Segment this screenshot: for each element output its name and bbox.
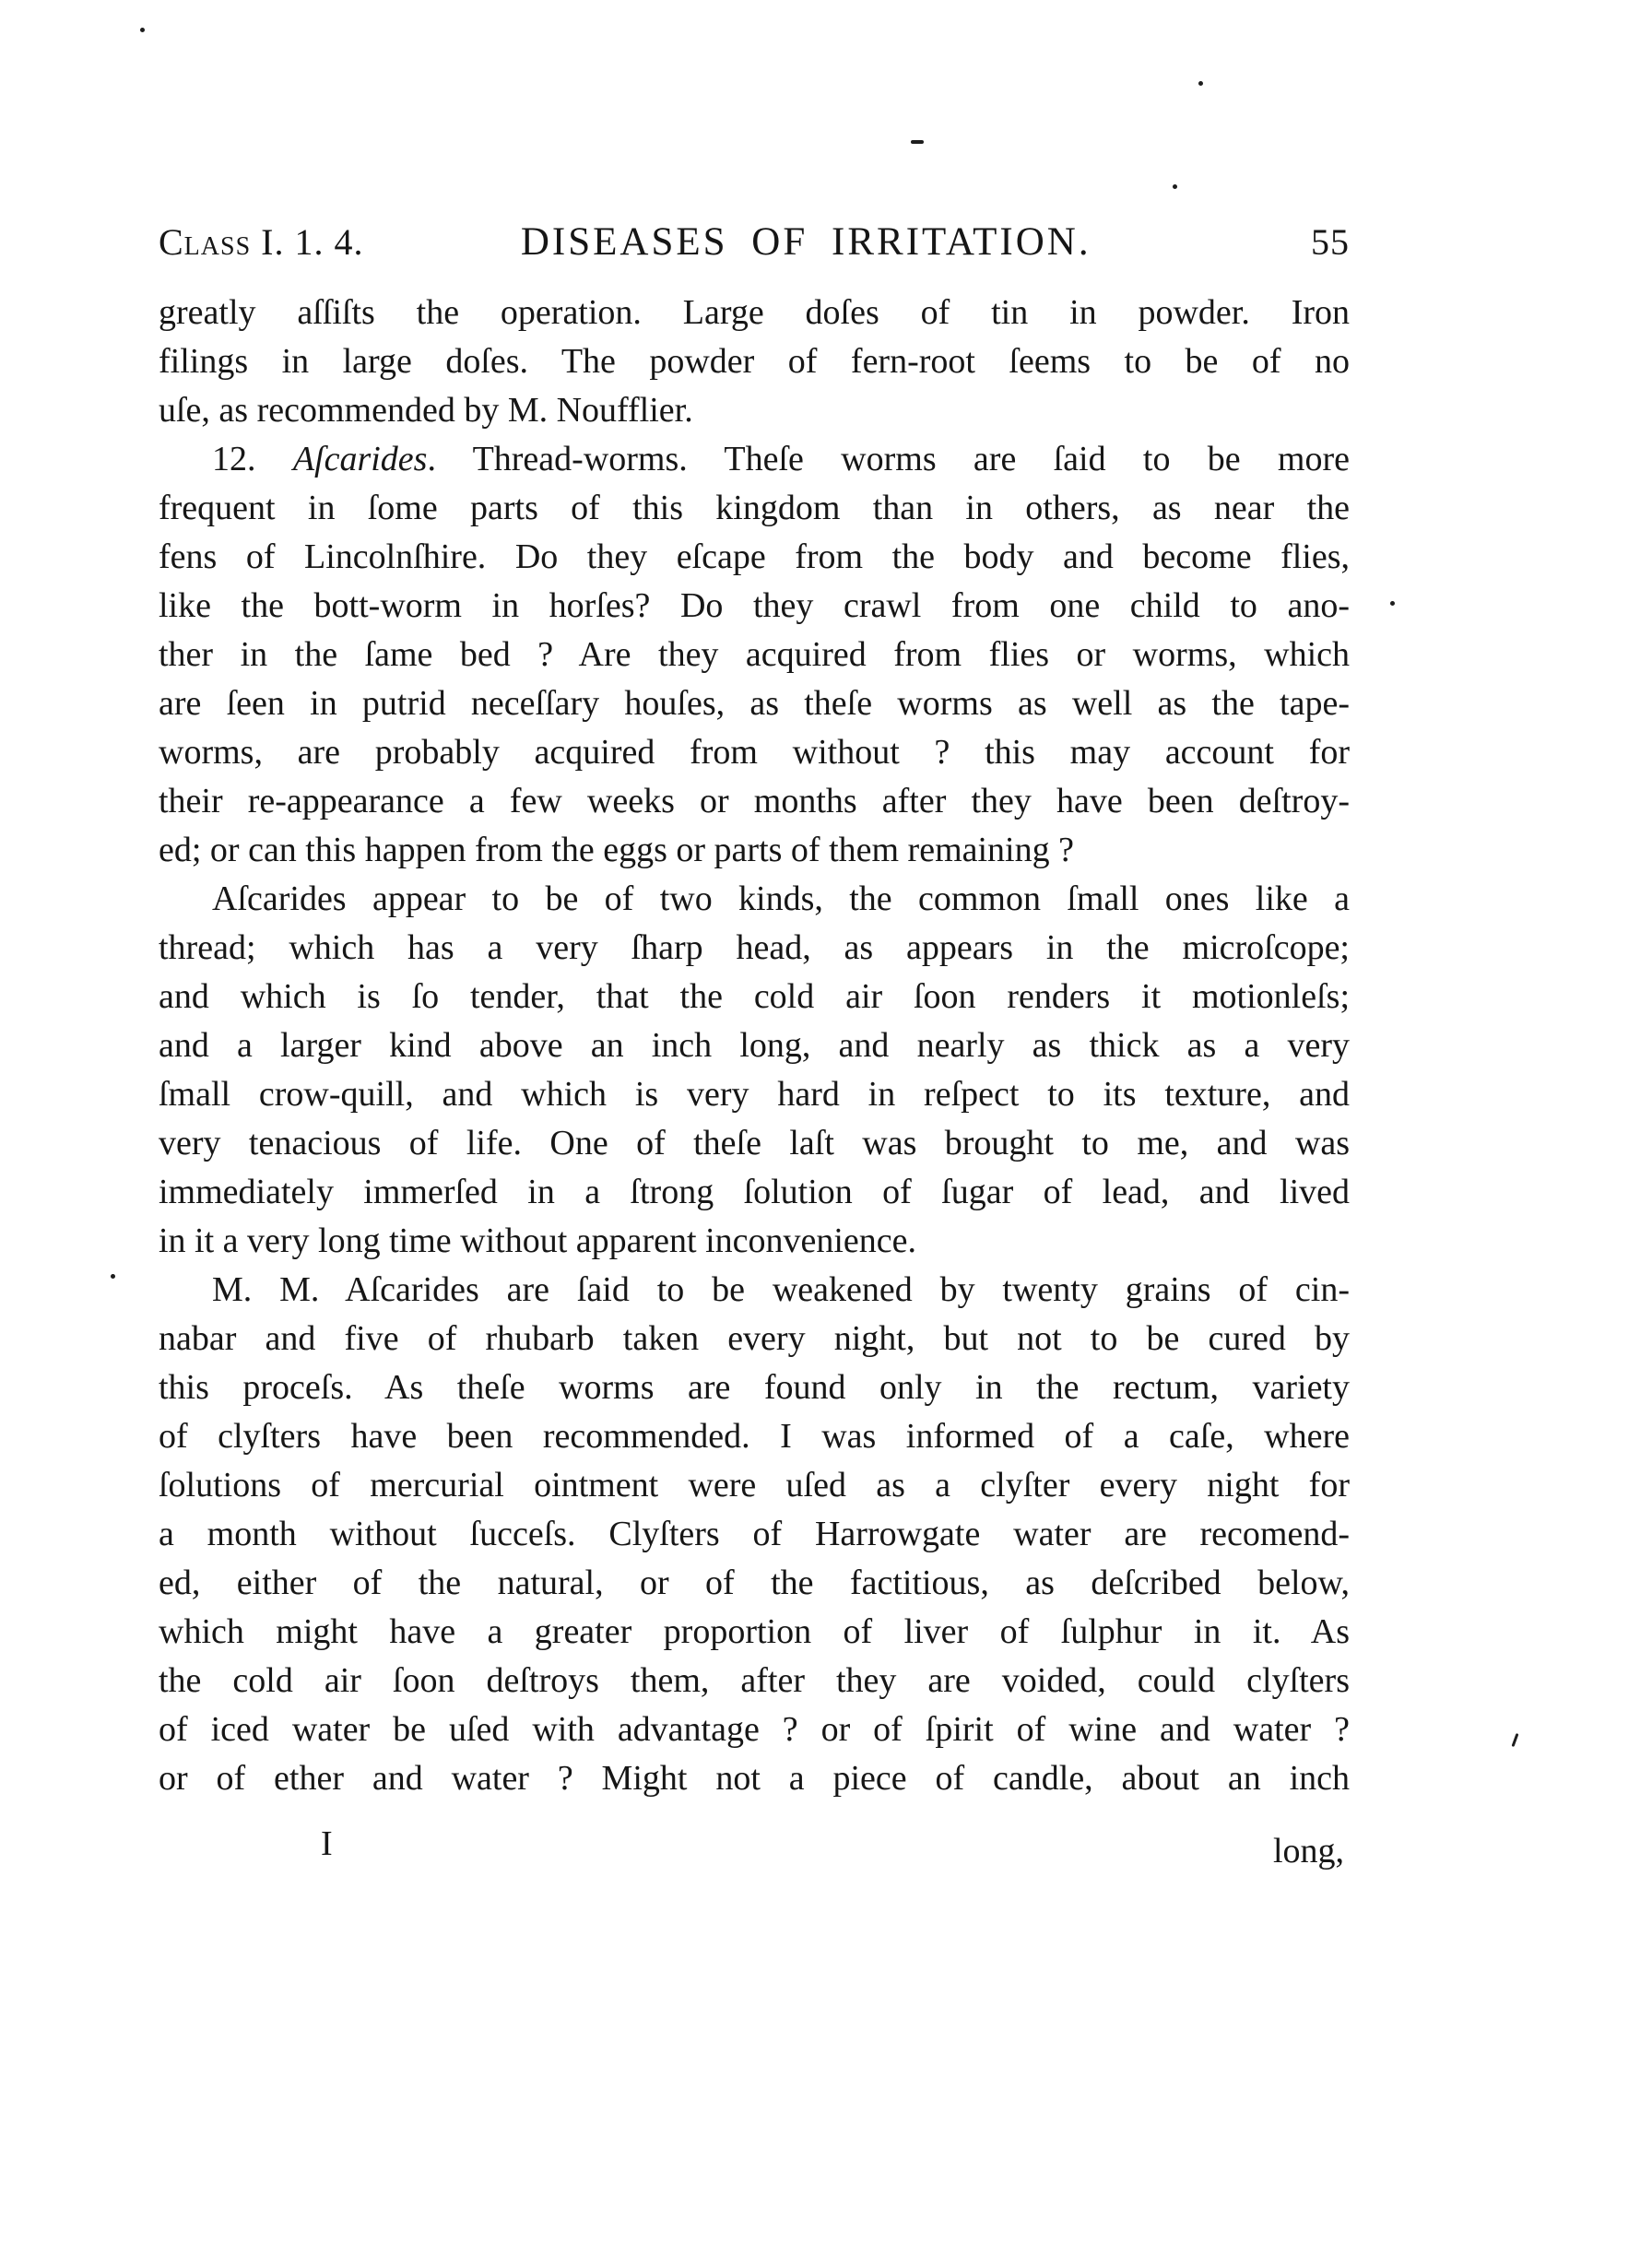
text-segment: this proceſs. As theſe worms are found o… — [159, 1368, 1350, 1407]
text-segment: . Thread-worms. Theſe worms are ſaid to … — [427, 440, 1350, 478]
text-line: Aſcarides appear to be of two kinds, the… — [159, 875, 1350, 924]
scan-speck — [140, 28, 145, 32]
section-label: Class I. 1. 4. — [159, 220, 363, 264]
text-segment: filings in large doſes. The powder of fe… — [159, 342, 1350, 381]
text-segment: of clyſters have been recommended. I was… — [159, 1417, 1350, 1456]
book-page: Class I. 1. 4. DISEASES OF IRRITATION. 5… — [0, 0, 1652, 2242]
text-segment: and which is ſo tender, that the cold ai… — [159, 977, 1350, 1016]
text-segment: in it a very long time without apparent … — [159, 1221, 916, 1260]
text-segment: the cold air ſoon deſtroys them, after t… — [159, 1661, 1350, 1700]
text-line: a month without ſucceſs. Clyſters of Har… — [159, 1510, 1350, 1559]
text-segment: greatly aſſiſts the operation. Large doſ… — [159, 293, 1350, 332]
text-line: greatly aſſiſts the operation. Large doſ… — [159, 289, 1350, 337]
text-segment: ſmall crow-quill, and which is very hard… — [159, 1075, 1350, 1114]
scan-speck — [111, 1274, 115, 1279]
text-line: immediately immerſed in a ſtrong ſolutio… — [159, 1168, 1350, 1217]
text-segment: their re-appearance a few weeks or month… — [159, 782, 1350, 820]
text-line: ſolutions of mercurial ointment were uſe… — [159, 1461, 1350, 1510]
text-segment: uſe, as recommended by M. Noufflier. — [159, 391, 693, 430]
text-line: worms, are probably acquired from withou… — [159, 728, 1350, 777]
text-segment: are ſeen in putrid neceſſary houſes, as … — [159, 684, 1350, 723]
text-line: their re-appearance a few weeks or month… — [159, 777, 1350, 826]
text-segment: ſolutions of mercurial ointment were uſe… — [159, 1466, 1350, 1504]
signature-mark: I — [321, 1823, 333, 1864]
scan-speck — [911, 140, 924, 144]
text-segment: like the bott-worm in horſes? Do they cr… — [159, 586, 1350, 625]
text-line: 12. Aſcarides. Thread-worms. Theſe worms… — [159, 435, 1350, 484]
text-segment: ed; or can this happen from the eggs or … — [159, 831, 1074, 869]
page-footer: I long, — [159, 1823, 1350, 1879]
text-segment: M. M. Aſcarides are ſaid to be weakened … — [212, 1270, 1350, 1309]
text-block: Class I. 1. 4. DISEASES OF IRRITATION. 5… — [159, 219, 1350, 1879]
page-header: Class I. 1. 4. DISEASES OF IRRITATION. 5… — [159, 219, 1350, 265]
text-segment: Aſcarides appear to be of two kinds, the… — [212, 879, 1350, 918]
text-segment: 12. — [212, 440, 293, 478]
text-line: uſe, as recommended by M. Noufflier. — [159, 386, 1350, 435]
text-line: ed, either of the natural, or of the fac… — [159, 1559, 1350, 1608]
text-line: this proceſs. As theſe worms are found o… — [159, 1363, 1350, 1412]
text-segment: immediately immerſed in a ſtrong ſolutio… — [159, 1173, 1350, 1211]
text-line: in it a very long time without apparent … — [159, 1217, 1350, 1266]
text-line: ther in the ſame bed ? Are they acquired… — [159, 631, 1350, 679]
scan-speck — [1512, 1733, 1519, 1747]
text-line: fens of Lincolnſhire. Do they eſcape fro… — [159, 533, 1350, 582]
text-segment: or of ether and water ? Might not a piec… — [159, 1759, 1350, 1798]
text-segment: of iced water be uſed with advantage ? o… — [159, 1710, 1350, 1749]
text-segment: very tenacious of life. One of theſe laſ… — [159, 1124, 1350, 1162]
text-segment: frequent in ſome parts of this kingdom t… — [159, 489, 1350, 527]
text-line: filings in large doſes. The powder of fe… — [159, 337, 1350, 386]
text-line: nabar and five of rhubarb taken every ni… — [159, 1315, 1350, 1363]
text-segment: nabar and five of rhubarb taken every ni… — [159, 1319, 1350, 1358]
scan-speck — [1173, 184, 1177, 189]
text-line: of iced water be uſed with advantage ? o… — [159, 1705, 1350, 1754]
text-segment: fens of Lincolnſhire. Do they eſcape fro… — [159, 537, 1350, 576]
text-line: and which is ſo tender, that the cold ai… — [159, 973, 1350, 1021]
italic-term: Aſcarides — [293, 440, 428, 478]
text-line: ed; or can this happen from the eggs or … — [159, 826, 1350, 875]
text-line: the cold air ſoon deſtroys them, after t… — [159, 1657, 1350, 1705]
text-segment: and a larger kind above an inch long, an… — [159, 1026, 1350, 1065]
text-line: are ſeen in putrid neceſſary houſes, as … — [159, 679, 1350, 728]
scan-speck — [1198, 81, 1203, 86]
scan-speck — [1390, 601, 1395, 606]
body-text: greatly aſſiſts the operation. Large doſ… — [159, 289, 1350, 1803]
text-line: like the bott-worm in horſes? Do they cr… — [159, 582, 1350, 631]
text-line: of clyſters have been recommended. I was… — [159, 1412, 1350, 1461]
text-segment: worms, are probably acquired from withou… — [159, 733, 1350, 772]
text-segment: which might have a greater proportion of… — [159, 1612, 1350, 1651]
text-line: frequent in ſome parts of this kingdom t… — [159, 484, 1350, 533]
text-line: thread; which has a very ſharp head, as … — [159, 924, 1350, 973]
text-line: and a larger kind above an inch long, an… — [159, 1021, 1350, 1070]
text-segment: a month without ſucceſs. Clyſters of Har… — [159, 1515, 1350, 1553]
text-segment: ed, either of the natural, or of the fac… — [159, 1563, 1350, 1602]
text-line: or of ether and water ? Might not a piec… — [159, 1754, 1350, 1803]
text-line: very tenacious of life. One of theſe laſ… — [159, 1119, 1350, 1168]
text-line: which might have a greater proportion of… — [159, 1608, 1350, 1657]
text-segment: ther in the ſame bed ? Are they acquired… — [159, 635, 1350, 674]
catchword: long, — [1273, 1831, 1344, 1871]
text-segment: thread; which has a very ſharp head, as … — [159, 928, 1350, 967]
running-title: DISEASES OF IRRITATION. — [521, 219, 1091, 265]
text-line: ſmall crow-quill, and which is very hard… — [159, 1070, 1350, 1119]
text-line: M. M. Aſcarides are ſaid to be weakened … — [159, 1266, 1350, 1315]
page-number: 55 — [1311, 220, 1350, 264]
